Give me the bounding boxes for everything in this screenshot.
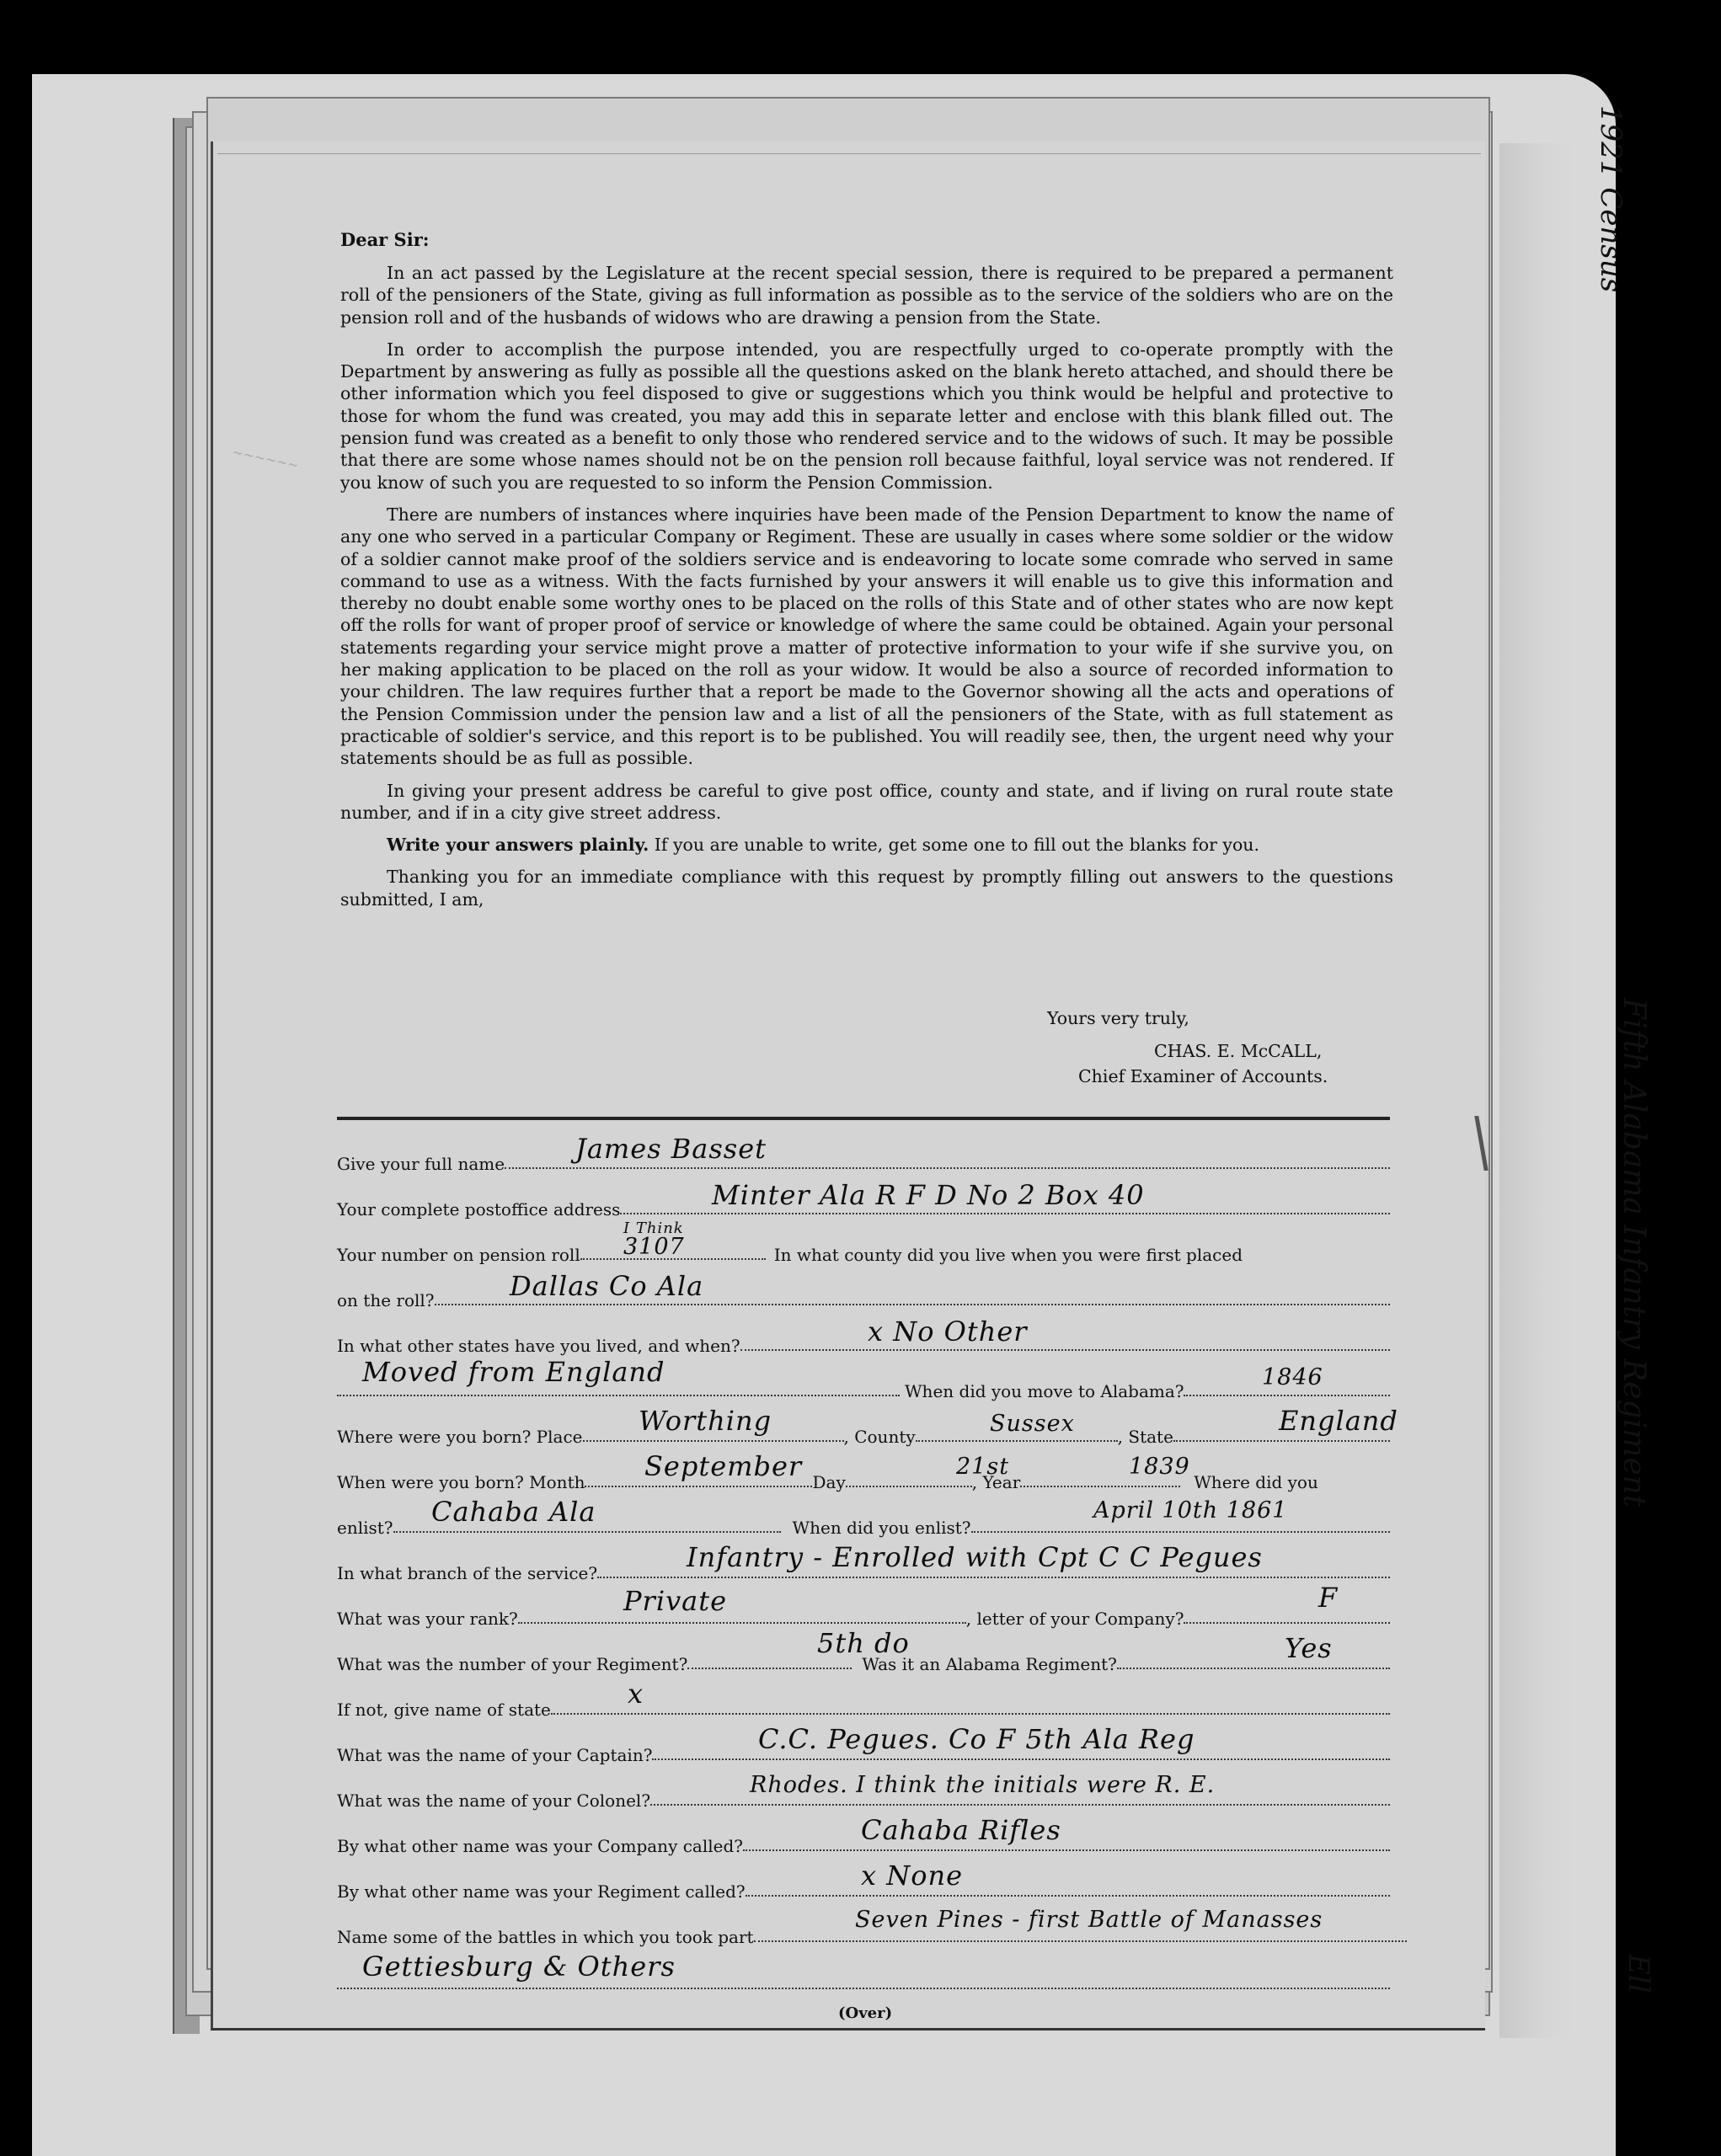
regiment-other-name-answer: x None <box>861 1860 963 1892</box>
letter-paragraph-3: There are numbers of instances where inq… <box>340 504 1393 770</box>
birth-state-label: , State <box>1118 1427 1173 1447</box>
company-letter-answer: F <box>1318 1582 1338 1614</box>
birth-month-answer: September <box>644 1450 802 1482</box>
first-county-field[interactable] <box>435 1303 1390 1305</box>
letter-paragraph-1: In an act passed by the Legislature at t… <box>340 262 1393 328</box>
letter-paragraph-5: Write your answers plainly. If you are u… <box>340 834 1393 856</box>
postoffice-label: Your complete postoffice address <box>337 1199 620 1219</box>
birth-county-answer: Sussex <box>990 1411 1075 1437</box>
enlist-when-field[interactable] <box>971 1530 1390 1533</box>
colonel-answer: Rhodes. I think the initials were R. E. <box>750 1772 1215 1798</box>
regiment-number-label: What was the number of your Regiment? <box>337 1654 687 1674</box>
captain-label: What was the name of your Captain? <box>337 1745 652 1765</box>
birth-day-field[interactable] <box>846 1485 972 1487</box>
row-state-if-not: If not, give name of state <box>337 1694 1390 1720</box>
birth-county-label: , County <box>844 1427 916 1447</box>
alabama-regiment-field[interactable] <box>1117 1667 1390 1669</box>
enlist-where-answer: Cahaba Ala <box>431 1496 596 1528</box>
other-states-answer-2: Moved from England <box>362 1356 665 1388</box>
company-other-name-field[interactable] <box>743 1849 1390 1851</box>
enlist-where-label: Where did you <box>1194 1472 1318 1492</box>
branch-field[interactable] <box>597 1576 1390 1578</box>
page-edge-line <box>217 153 1481 154</box>
signer-name: CHAS. E. McCALL, <box>1154 1041 1322 1061</box>
full-name-label: Give your full name <box>337 1154 505 1174</box>
move-alabama-label: When did you move to Alabama? <box>905 1381 1184 1401</box>
full-name-answer: James Basset <box>575 1133 767 1165</box>
row-rank: What was your rank?, letter of your Comp… <box>337 1604 1390 1629</box>
salutation: Dear Sir: <box>340 229 1393 250</box>
row-first-county: on the roll? <box>337 1285 1390 1310</box>
full-name-field[interactable] <box>505 1166 1390 1169</box>
row-full-name: Give your full name <box>337 1149 1390 1174</box>
state-if-not-answer: x <box>628 1678 644 1710</box>
regiment-number-answer: 5th do <box>817 1627 910 1659</box>
enlist-label: enlist? <box>337 1518 393 1538</box>
branch-label: In what branch of the service? <box>337 1563 597 1583</box>
margin-note-initials: Ell <box>1622 1954 1655 1993</box>
birth-day-label: Day <box>812 1472 845 1492</box>
birth-place-label: Where were you born? Place <box>337 1427 583 1447</box>
move-alabama-answer: 1846 <box>1262 1364 1323 1390</box>
birth-month-label: When were you born? Month <box>337 1472 585 1492</box>
battles-answer-2: Gettiesburg & Others <box>362 1951 676 1983</box>
signer-title: Chief Examiner of Accounts. <box>1078 1066 1328 1086</box>
regiment-other-name-field[interactable] <box>746 1894 1390 1897</box>
birth-place-field[interactable] <box>583 1439 844 1442</box>
regiment-number-field[interactable] <box>687 1667 852 1669</box>
enlist-when-label: When did you enlist? <box>793 1518 971 1538</box>
write-plainly-bold: Write your answers plainly. <box>387 835 649 855</box>
backing-shadow <box>1499 143 1575 2038</box>
pension-number-label: Your number on pension roll <box>337 1245 580 1265</box>
write-plainly-rest: If you are unable to write, get some one… <box>649 835 1259 855</box>
regiment-other-name-label: By what other name was your Regiment cal… <box>337 1881 746 1902</box>
other-states-label: In what other states have you lived, and… <box>337 1336 740 1356</box>
birth-year-answer: 1839 <box>1129 1454 1190 1480</box>
pension-number-answer: 3107 <box>623 1234 685 1260</box>
company-letter-field[interactable] <box>1184 1621 1390 1624</box>
captain-field[interactable] <box>652 1758 1390 1760</box>
birth-year-field[interactable] <box>1020 1485 1180 1487</box>
section-divider <box>337 1117 1390 1120</box>
on-the-roll-label: on the roll? <box>337 1290 435 1310</box>
battles-answer: Seven Pines - first Battle of Manasses <box>855 1907 1323 1933</box>
first-county-answer: Dallas Co Ala <box>510 1270 703 1302</box>
battles-field[interactable] <box>754 1940 1407 1942</box>
postoffice-answer: Minter Ala R F D No 2 Box 40 <box>712 1179 1145 1211</box>
other-states-field[interactable] <box>740 1348 1390 1351</box>
birth-state-field[interactable] <box>1173 1439 1390 1442</box>
other-states-answer: x No Other <box>868 1315 1028 1347</box>
other-states-field-2[interactable] <box>337 1394 900 1396</box>
battles-field-2[interactable] <box>337 1987 1390 1989</box>
closing: Yours very truly, <box>1047 1008 1189 1028</box>
birth-month-field[interactable] <box>585 1485 812 1487</box>
move-alabama-field[interactable] <box>1184 1394 1390 1396</box>
colonel-label: What was the name of your Colonel? <box>337 1790 650 1811</box>
birth-state-answer: England <box>1279 1405 1398 1437</box>
birth-place-answer: Worthing <box>639 1405 772 1437</box>
row-pension-number: Your number on pension rollIn what count… <box>337 1240 1390 1265</box>
captain-answer: C.C. Pegues. Co F 5th Ala Reg <box>758 1723 1195 1755</box>
letter-paragraph-6: Thanking you for an immediate compliance… <box>340 866 1393 910</box>
state-if-not-field[interactable] <box>551 1712 1390 1715</box>
branch-answer: Infantry - Enrolled with Cpt C C Pegues <box>687 1541 1263 1573</box>
rank-answer: Private <box>623 1585 727 1617</box>
battles-label: Name some of the battles in which you to… <box>337 1927 754 1947</box>
company-other-name-answer: Cahaba Rifles <box>861 1814 1061 1846</box>
first-county-label: In what county did you live when you wer… <box>774 1245 1243 1265</box>
margin-note-regiment: Fifth Alabama Infantry Regiment <box>1617 998 1651 1507</box>
letter-paragraph-2: In order to accomplish the purpose inten… <box>340 339 1393 494</box>
company-other-name-label: By what other name was your Company call… <box>337 1836 743 1856</box>
letter-paragraph-4: In giving your present address be carefu… <box>340 780 1393 825</box>
row-birthplace: Where were you born? Place, County, Stat… <box>337 1422 1390 1447</box>
rank-label: What was your rank? <box>337 1609 518 1629</box>
enlist-where-field[interactable] <box>393 1530 781 1533</box>
postoffice-field[interactable] <box>620 1212 1390 1214</box>
margin-note-census: 1921 Census <box>1594 105 1627 292</box>
over-indicator: (Over) <box>838 2004 892 2022</box>
alabama-regiment-answer: Yes <box>1285 1632 1333 1664</box>
row-birth-date: When were you born? MonthDay, YearWhere … <box>337 1467 1390 1492</box>
row-other-states: In what other states have you lived, and… <box>337 1331 1390 1356</box>
birth-county-field[interactable] <box>916 1439 1118 1442</box>
state-if-not-label: If not, give name of state <box>337 1700 551 1720</box>
company-letter-label: , letter of your Company? <box>966 1609 1184 1629</box>
colonel-field[interactable] <box>650 1803 1390 1806</box>
enlist-when-answer: April 10th 1861 <box>1093 1497 1287 1524</box>
rank-field[interactable] <box>518 1621 966 1624</box>
birth-day-answer: 21st <box>956 1454 1009 1480</box>
cover-letter: Dear Sir: In an act passed by the Legisl… <box>340 229 1393 921</box>
